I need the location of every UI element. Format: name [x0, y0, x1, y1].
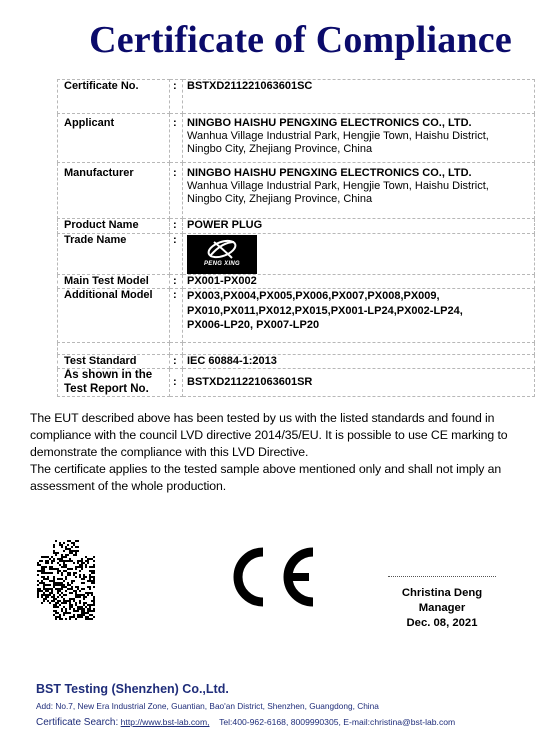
label-trade-name: Trade Name — [58, 234, 170, 275]
additional-model-line3: PX006-LP20, PX007-LP20 — [187, 318, 534, 333]
value-test-report-no: BSTXD211221063601SR — [183, 369, 535, 397]
logo-text: PENG XING — [187, 258, 257, 271]
search-url-link[interactable]: http://www.bst-lab.com, — [121, 717, 210, 727]
manufacturer-address-line1: Wanhua Village Industrial Park, Hengjie … — [187, 180, 534, 193]
row-manufacturer: Manufacturer : NINGBO HAISHU PENGXING EL… — [58, 163, 535, 219]
label-product-name: Product Name — [58, 219, 170, 234]
manufacturer-address-line2: Ningbo City, Zhejiang Province, China — [187, 193, 534, 206]
colon: : — [170, 369, 183, 397]
applicant-company: NINGBO HAISHU PENGXING ELECTRONICS CO., … — [187, 117, 534, 130]
statement-paragraph-2: The certificate applies to the tested sa… — [30, 461, 530, 495]
row-test-report-no: As shown in the Test Report No. : BSTXD2… — [58, 369, 535, 397]
value-manufacturer: NINGBO HAISHU PENGXING ELECTRONICS CO., … — [183, 163, 535, 219]
value-trade-name: PENG XING — [183, 234, 535, 275]
manufacturer-company: NINGBO HAISHU PENGXING ELECTRONICS CO., … — [187, 167, 534, 180]
contact-info: Tel:400-962-6168, 8009990305, E-mail:chr… — [219, 717, 455, 727]
row-test-standard: Test Standard : IEC 60884-1:2013 — [58, 355, 535, 369]
label-line1: As shown in the — [64, 369, 169, 383]
value-applicant: NINGBO HAISHU PENGXING ELECTRONICS CO., … — [183, 114, 535, 163]
certificate-search: Certificate Search: http://www.bst-lab.c… — [36, 717, 455, 728]
value-product-name: POWER PLUG — [183, 219, 535, 234]
additional-model-line2: PX010,PX011,PX012,PX015,PX001-LP24,PX002… — [187, 304, 534, 319]
colon: : — [170, 114, 183, 163]
signature-date: Dec. 08, 2021 — [384, 616, 500, 631]
row-additional-model: Additional Model : PX003,PX004,PX005,PX0… — [58, 289, 535, 343]
signatory-name: Christina Deng — [384, 586, 500, 601]
signatory-role: Manager — [384, 601, 500, 616]
row-product-name: Product Name : POWER PLUG — [58, 219, 535, 234]
label-line2: Test Report No. — [64, 383, 169, 397]
label-applicant: Applicant — [58, 114, 170, 163]
value-certificate-no: BSTXD211221063601SC — [183, 80, 535, 114]
colon: : — [170, 80, 183, 114]
value-test-standard: IEC 60884-1:2013 — [183, 355, 535, 369]
label-test-report-no: As shown in the Test Report No. — [58, 369, 170, 397]
page-title: Certificate of Compliance — [0, 18, 553, 62]
applicant-address-line2: Ningbo City, Zhejiang Province, China — [187, 143, 534, 156]
ce-mark-icon — [227, 546, 315, 608]
signature-block: Christina Deng Manager Dec. 08, 2021 — [384, 586, 500, 631]
search-label: Certificate Search: — [36, 717, 118, 728]
value-main-test-model: PX001-PX002 — [183, 275, 535, 289]
certificate-details-table: Certificate No. : BSTXD211221063601SC Ap… — [57, 79, 535, 397]
colon: : — [170, 355, 183, 369]
label-additional-model: Additional Model — [58, 289, 170, 343]
colon: : — [170, 219, 183, 234]
statement-paragraph-1: The EUT described above has been tested … — [30, 410, 530, 461]
pengxing-logo-icon — [204, 238, 240, 260]
label-manufacturer: Manufacturer — [58, 163, 170, 219]
label-main-test-model: Main Test Model — [58, 275, 170, 289]
row-main-test-model: Main Test Model : PX001-PX002 — [58, 275, 535, 289]
row-certificate-no: Certificate No. : BSTXD211221063601SC — [58, 80, 535, 114]
colon: : — [170, 163, 183, 219]
label-certificate-no: Certificate No. — [58, 80, 170, 114]
trade-logo: PENG XING — [187, 235, 257, 274]
label-test-standard: Test Standard — [58, 355, 170, 369]
issuer-address: Add: No.7, New Era Industrial Zone, Guan… — [36, 701, 379, 711]
row-spacer — [58, 343, 535, 355]
colon: : — [170, 289, 183, 343]
signature-line — [388, 576, 496, 577]
colon: : — [170, 234, 183, 275]
row-applicant: Applicant : NINGBO HAISHU PENGXING ELECT… — [58, 114, 535, 163]
issuer-company: BST Testing (Shenzhen) Co.,Ltd. — [36, 682, 229, 696]
additional-model-line1: PX003,PX004,PX005,PX006,PX007,PX008,PX00… — [187, 289, 534, 304]
value-additional-model: PX003,PX004,PX005,PX006,PX007,PX008,PX00… — [183, 289, 535, 343]
applicant-address-line1: Wanhua Village Industrial Park, Hengjie … — [187, 130, 534, 143]
row-trade-name: Trade Name : PENG XING — [58, 234, 535, 275]
colon: : — [170, 275, 183, 289]
qr-code-icon[interactable] — [37, 540, 95, 620]
compliance-statement: The EUT described above has been tested … — [30, 410, 530, 495]
